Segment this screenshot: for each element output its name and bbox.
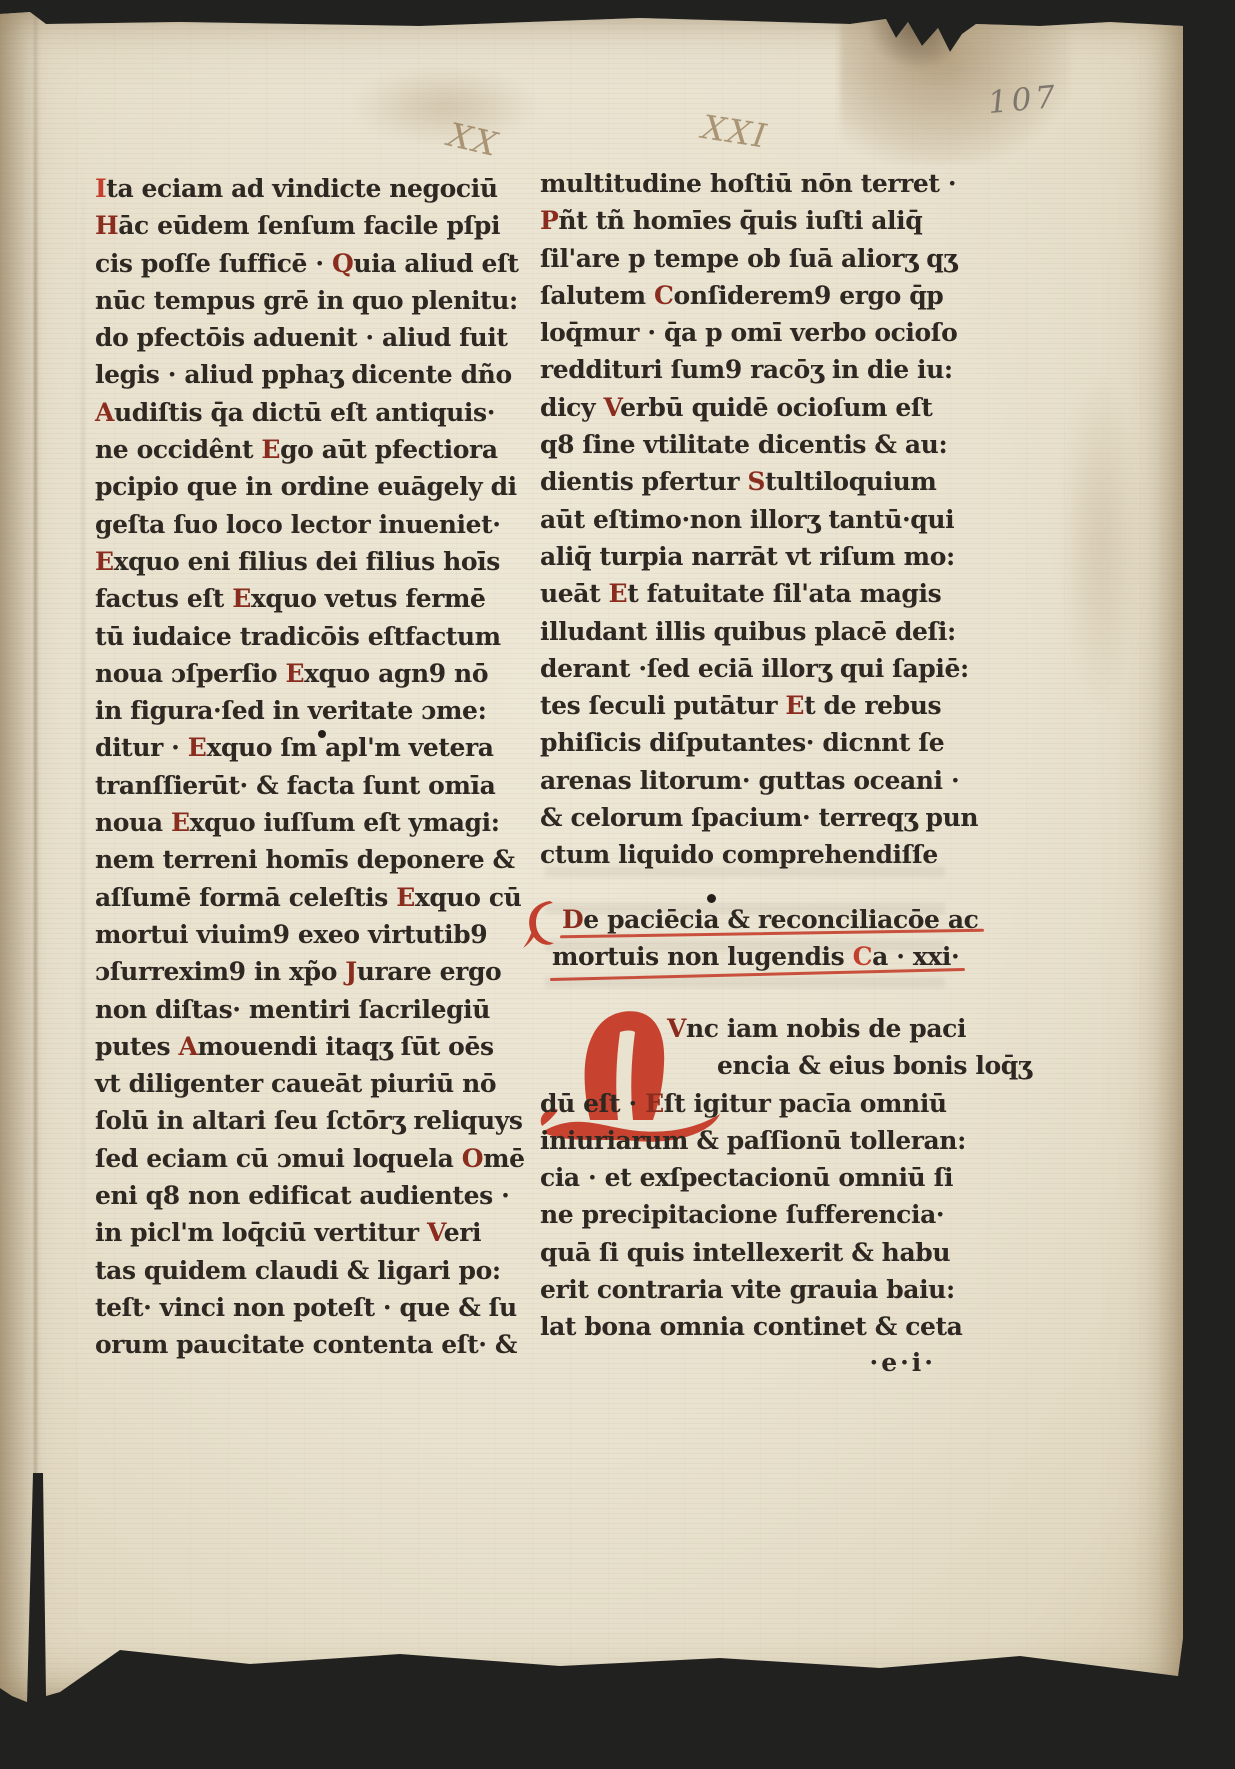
text-line: dū eſt · Eſt igitur pacīa omniū xyxy=(540,1085,960,1122)
text-line: tas quidem claudi & ligari po: xyxy=(95,1252,480,1289)
text-line: geſta ſuo loco lector inueniet· xyxy=(95,506,480,543)
text-line: nem terreni homīs deponere & xyxy=(95,841,480,878)
text-line: De paciēcia & reconciliacōe ac xyxy=(562,901,978,938)
text-line: multitudine hoſtiū nōn terret · xyxy=(540,165,940,202)
text-line: Vnc iam nobis de paci xyxy=(540,1010,960,1047)
text-line: ſil'are p tempe ob ſuā aliorʒ qʒ xyxy=(540,240,940,277)
text-line: ſalutem Conſiderem9 ergo q̄p xyxy=(540,277,940,314)
text-line: arenas litorum· guttas oceani · xyxy=(540,762,940,799)
text-line: eni q8 non edificat audientes · xyxy=(95,1177,480,1214)
text-line: ditur · Exquo ſm apl'm vetera xyxy=(95,729,480,766)
quire-signature: ·e·i· xyxy=(540,1348,980,1377)
text-line: aūt eſtimo·non illorʒ tantū·qui xyxy=(540,501,940,538)
text-line: pcipio que in ordine euāgely di xyxy=(95,468,480,505)
text-line: ſolū in altari ſeu ſctōrʒ reliquys xyxy=(95,1102,480,1139)
text-line: ne occidênt Ego aūt pfectiora xyxy=(95,431,480,468)
text-line: do pfectōis aduenit · aliud fuit xyxy=(95,319,480,356)
gutter-crease xyxy=(34,8,37,1710)
text-line: cis poſſe ſufficē · Quia aliud eſt xyxy=(95,245,480,282)
text-line: ſed eciam cū ɔmui loquela Omē xyxy=(95,1140,480,1177)
text-line: noua Exquo iuſſum eſt ymagi: xyxy=(95,804,480,841)
text-line: dientis pfertur Stultiloquium xyxy=(540,463,940,500)
chapter-mark-xx: XX xyxy=(444,115,502,164)
text-line: teſt· vinci non poteſt · que & ſu xyxy=(95,1289,480,1326)
right-text-column: multitudine hoſtiū nōn terret ·Pñt tñ ho… xyxy=(540,165,940,874)
text-line: dicy Verbū quidē ocioſum eſt xyxy=(540,389,940,426)
text-line: vt diligenter caueāt piuriū nō xyxy=(95,1065,480,1102)
text-line: ɔſurrexim9 in xp̃o Jurare ergo xyxy=(95,953,480,990)
text-line: derant ·ſed eciā illorʒ qui ſapiē: xyxy=(540,650,940,687)
text-line: ueāt Et fatuitate ſil'ata magis xyxy=(540,575,940,612)
text-line: illudant illis quibus placē deſi: xyxy=(540,613,940,650)
text-line: Exquo eni filius dei filius hoīs xyxy=(95,543,480,580)
folio-number: 107 xyxy=(987,79,1061,121)
text-line: iniuriarum & paſſionū tolleran: xyxy=(540,1122,960,1159)
text-line: factus eſt Exquo vetus fermē xyxy=(95,580,480,617)
text-line: Hāc eūdem ſenſum facile pſpi xyxy=(95,207,480,244)
chapter-body: Vnc iam nobis de paciencia & eius bonis … xyxy=(540,1010,960,1346)
chapter-heading: De paciēcia & reconciliacōe acmortuis no… xyxy=(540,901,960,976)
text-line: mortui viuim9 exeo virtutib9 xyxy=(95,916,480,953)
paper-crease xyxy=(82,158,84,1308)
text-line: noua ɔſperſio Exquo agn9 nō xyxy=(95,655,480,692)
text-line: tū iudaice tradicōis eſtfactum xyxy=(95,618,480,655)
text-line: mortuis non lugendis Ca · xxi· xyxy=(552,938,959,975)
text-line: erit contraria vite grauia baiu: xyxy=(540,1271,960,1308)
text-line: phiſicis diſputantes· dicnnt ſe xyxy=(540,724,940,761)
torn-corner-shadow xyxy=(866,8,966,70)
text-line: in figura·ſed in veritate ɔme: xyxy=(95,692,480,729)
text-line: putes Amouendi itaqʒ ſūt oēs xyxy=(95,1028,480,1065)
text-line: cia · et exſpectacionū omniū ſi xyxy=(540,1159,960,1196)
gutter-fold-shade xyxy=(0,8,44,1710)
text-line: aſſumē formā celeſtis Exquo cū xyxy=(95,879,480,916)
text-line: tranſſierūt· & facta ſunt omīa xyxy=(95,767,480,804)
chapter-mark-xxi: XXI xyxy=(699,107,770,156)
margin-stain xyxy=(1062,378,1140,708)
text-line: & celorum ſpacium· terreqʒ pun xyxy=(540,799,940,836)
text-line: reddituri ſum9 racōʒ in die iu: xyxy=(540,351,940,388)
left-text-column: Ita eciam ad vindicte negociūHāc eūdem ſ… xyxy=(95,170,480,1364)
text-line: Pñt tñ homīes q̄uis iuſti aliq̄ xyxy=(540,202,940,239)
text-line: quā ſi quis intellexerit & habu xyxy=(540,1234,960,1271)
text-line: tes ſeculi putātur Et de rebus xyxy=(540,687,940,724)
text-line: lat bona omnia continet & ceta xyxy=(540,1308,960,1345)
text-line: q8 ſine vtilitate dicentis & au: xyxy=(540,426,940,463)
text-line: aliq̄ turpia narrāt vt riſum mo: xyxy=(540,538,940,575)
text-line: in picl'm loq̄ciū vertitur Veri xyxy=(95,1214,480,1251)
manuscript-page: 107 XX XXI Ita eciam ad vindicte negociū… xyxy=(0,8,1183,1710)
text-line: loq̄mur · q̄a p omī verbo ocioſo xyxy=(540,314,940,351)
text-line: orum paucitate contenta eſt· & xyxy=(95,1326,480,1363)
top-smudge xyxy=(350,66,540,146)
text-line: ctum liquido comprehendiſſe xyxy=(540,836,940,873)
text-line: Ita eciam ad vindicte negociū xyxy=(95,170,480,207)
text-line: encia & eius bonis loq̄ʒ xyxy=(540,1047,960,1084)
text-line: Audiſtis q̄a dictū eſt antiquis· xyxy=(95,394,480,431)
text-line: legis · aliud pphaʒ dicente dño xyxy=(95,356,480,393)
text-line: non diſtas· mentiri ſacrilegiū xyxy=(95,991,480,1028)
text-line: ne precipitacione ſufferencia· xyxy=(540,1196,960,1233)
text-line: nūc tempus grē in quo plenitu: xyxy=(95,282,480,319)
